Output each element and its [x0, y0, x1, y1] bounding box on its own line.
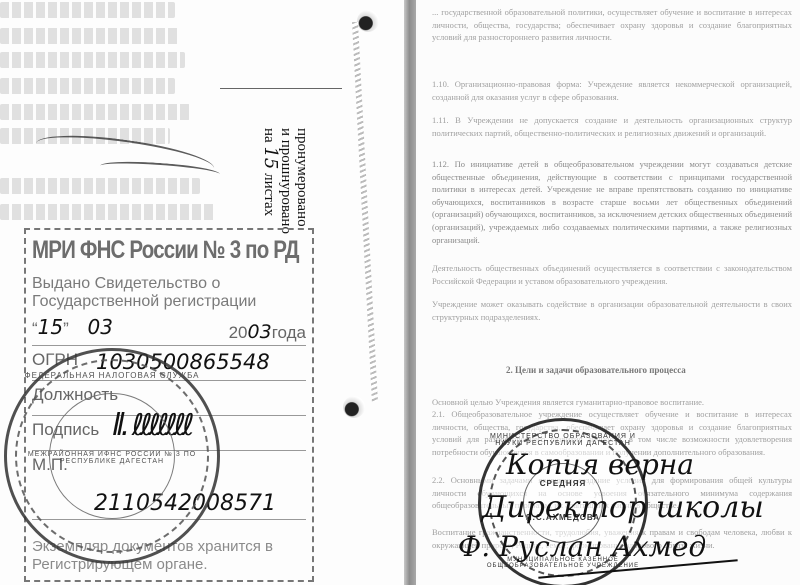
background-text-line — [0, 52, 185, 68]
book-spine — [404, 0, 416, 585]
handwritten-copy-certified: Копия верна — [506, 448, 694, 481]
background-text-line — [0, 78, 175, 94]
paragraph: 1.11. В Учреждении не допускается создан… — [432, 114, 792, 139]
right-page: ... государственной образовательной поли… — [418, 0, 800, 585]
binding-knot-icon — [357, 10, 379, 32]
left-page: пронумеровано и прошнуровано на 15 листа… — [0, 0, 412, 585]
date-day: 15 — [38, 315, 63, 339]
background-text-line — [0, 178, 200, 194]
section-heading: 2. Цели и задачи образовательного процес… — [506, 365, 686, 375]
background-text-line — [0, 204, 215, 220]
background-text-line — [0, 28, 180, 44]
paragraph: Учреждение может оказывать содействие в … — [432, 298, 792, 323]
date-month: 03 — [88, 315, 113, 339]
paragraph: 1.12. По инициативе детей в общеобразова… — [432, 158, 792, 246]
stamp-title: МРИ ФНС России № 3 по РД — [32, 236, 262, 265]
paragraph: Основной целью Учреждения является гуман… — [432, 396, 792, 409]
handwritten-director-name: Ф. Руслан Ахмед — [458, 530, 706, 563]
stamp-date-row: “15” 03 2003года — [32, 315, 306, 346]
background-text-line — [0, 2, 175, 18]
paragraph: 1.10. Организационно-правовая форма: Учр… — [432, 78, 792, 103]
stamp-line-2: Государственной регистрации — [32, 293, 312, 311]
background-text-line — [0, 104, 190, 120]
sheet-count: 15 — [260, 146, 281, 169]
paragraph: ... государственной образовательной поли… — [432, 6, 792, 44]
ruled-line — [220, 88, 342, 89]
binding-knot-icon — [343, 396, 365, 418]
cert-line-1: пронумеровано — [294, 128, 310, 234]
cert-line-2: и прошнуровано — [278, 128, 294, 234]
handwritten-director-title: Директор школы — [482, 490, 764, 525]
date-year: 03 — [248, 321, 272, 343]
cert-line-3: на 15 листах — [261, 128, 278, 234]
tax-office-seal: ФЕДЕРАЛЬНАЯ НАЛОГОВАЯ СЛУЖБА МЕЖРАЙОННАЯ… — [4, 348, 220, 564]
paragraph: Деятельность общественных объединений ос… — [432, 262, 792, 287]
stamp-line-1: Выдано Свидетельство о — [32, 275, 312, 293]
